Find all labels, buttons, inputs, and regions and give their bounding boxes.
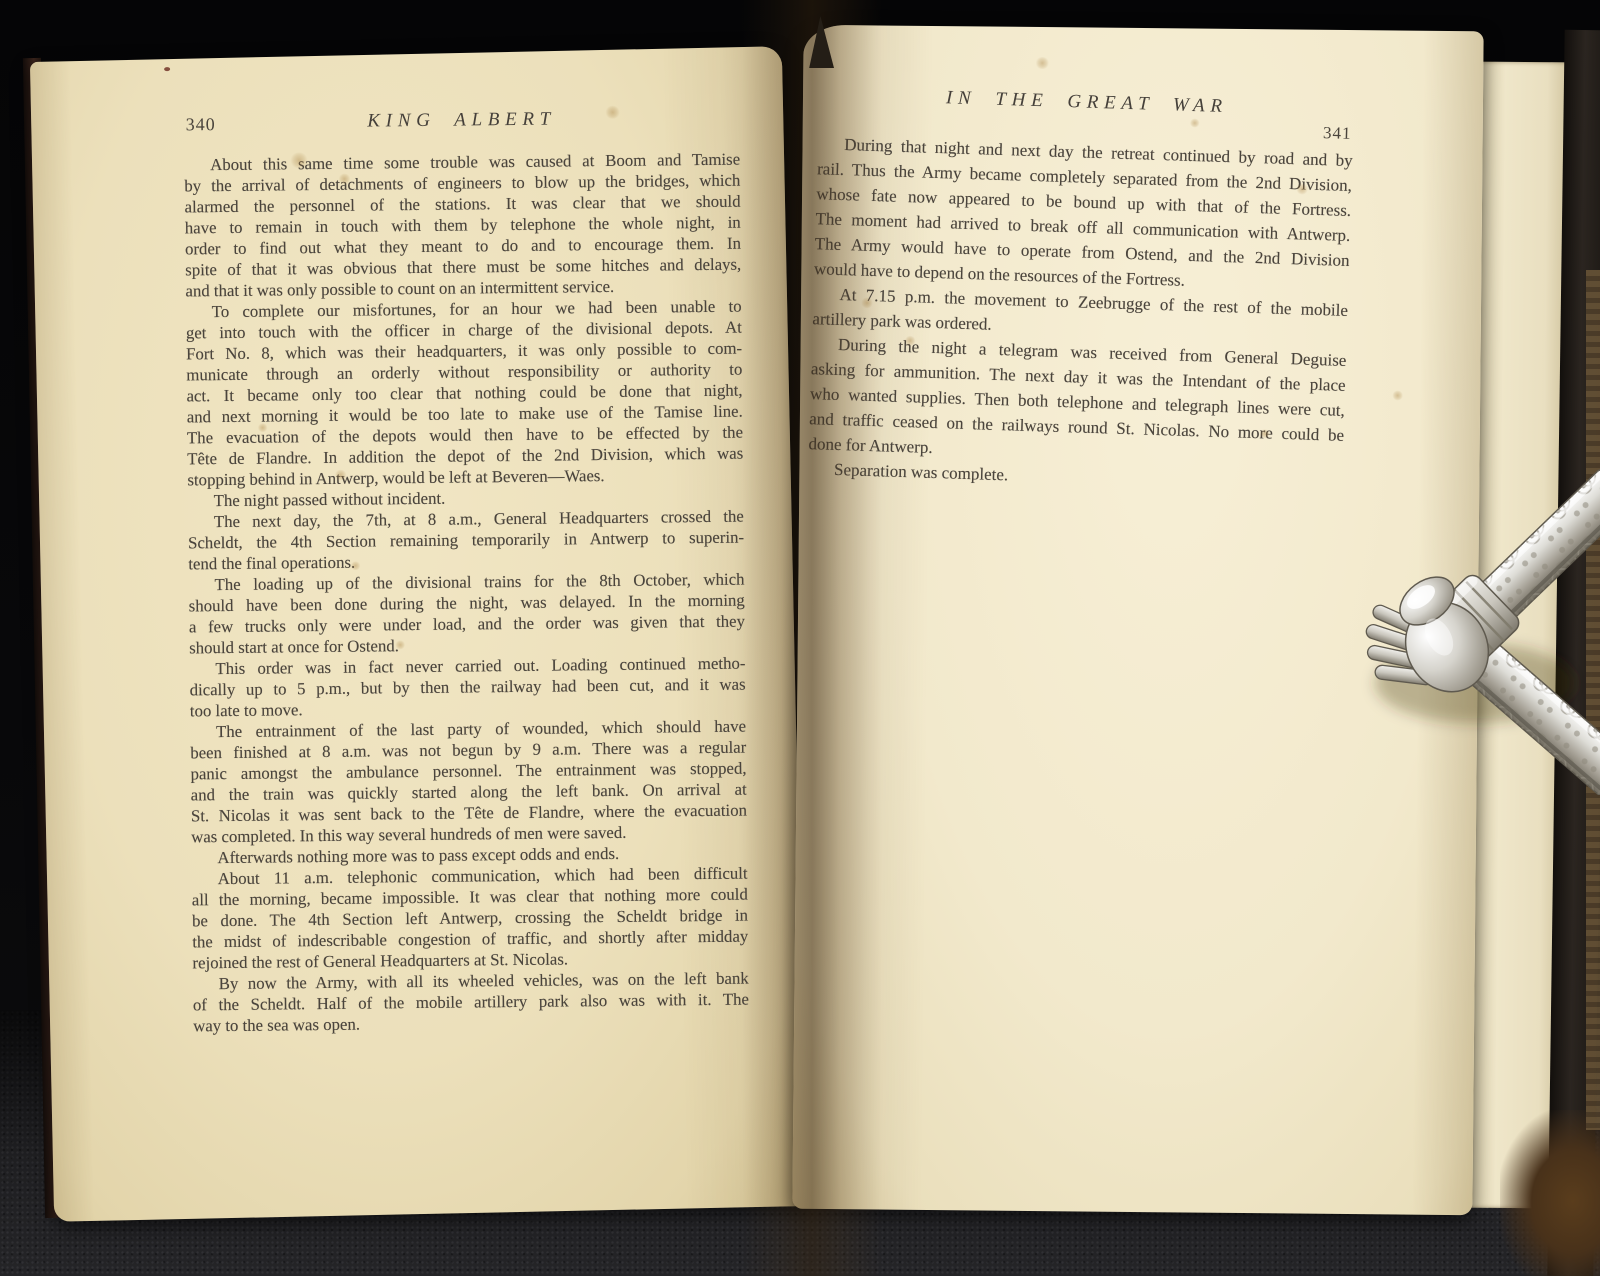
open-book-photo: 340 KING ALBERT About this same time som… <box>0 0 1600 1276</box>
paragraph: About 11 a.m. telephonic communication, … <box>191 863 748 974</box>
paragraph: By now the Army, with all its wheeled ve… <box>193 968 750 1037</box>
foxing-spot <box>861 297 873 308</box>
paragraph: About this same time some trouble was ca… <box>184 149 742 302</box>
paragraph: The entrainment of the last party of wou… <box>190 716 747 848</box>
left-page-body: About this same time some trouble was ca… <box>184 149 749 1037</box>
paragraph: During the night a telegram was received… <box>808 331 1347 473</box>
foxing-spot <box>1392 390 1403 400</box>
left-page-header: 340 KING ALBERT <box>184 107 740 139</box>
paragraph: To complete our misfortunes, for an hour… <box>186 296 744 491</box>
text-line: way to the sea was open. <box>193 1010 749 1037</box>
paragraph: The next day, the 7th, at 8 a.m., Genera… <box>188 506 745 575</box>
foxing-spot <box>905 336 916 346</box>
paragraph: This order was in fact never carried out… <box>189 653 746 722</box>
cover-corner-wear <box>1500 1110 1600 1276</box>
foxing-spot <box>1190 118 1200 127</box>
left-page: 340 KING ALBERT About this same time som… <box>30 46 806 1221</box>
right-page-body: During that night and next day the retre… <box>807 131 1353 498</box>
running-head-left: KING ALBERT <box>184 107 740 135</box>
foxing-spot <box>1035 57 1049 69</box>
page-number-left: 340 <box>186 114 216 135</box>
paragraph: The loading up of the divisional trains … <box>188 569 745 659</box>
foxing-spot <box>1260 429 1270 438</box>
paragraph: During that night and next day the retre… <box>814 131 1353 298</box>
book-clasp <box>1335 465 1600 795</box>
foxing-spot <box>1296 183 1308 194</box>
